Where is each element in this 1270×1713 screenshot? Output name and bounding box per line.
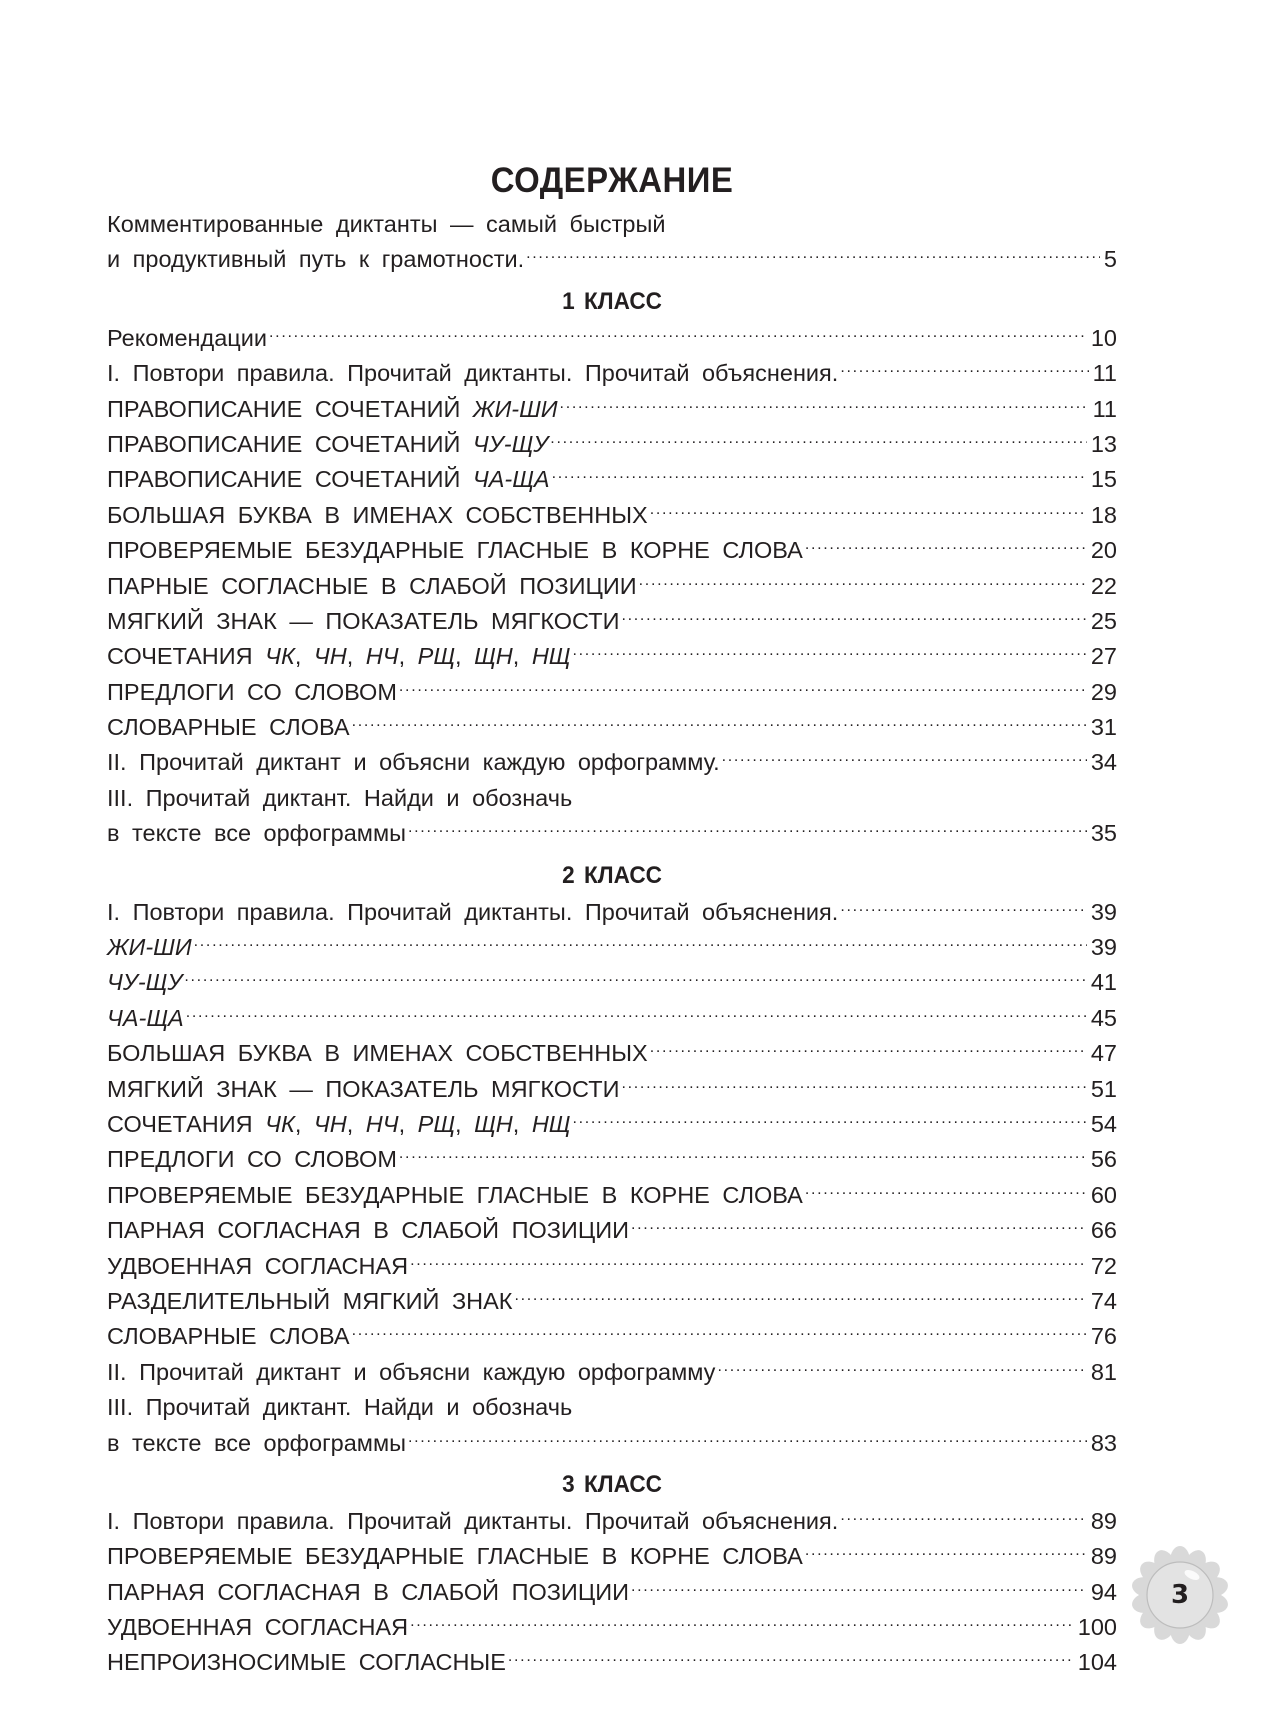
toc-entry-text: , (399, 643, 418, 669)
toc-entry-italic-text: НЩ (532, 643, 571, 669)
grade-heading: 1КЛАСС (137, 287, 1086, 317)
toc-entry-text: НЕПРОИЗНОСИМЫЕ СОГЛАСНЫЕ (107, 1649, 506, 1675)
dot-leader (572, 1103, 1086, 1132)
toc-entry-italic-text: ЧК (265, 643, 295, 669)
toc-page-number: 51 (1091, 1075, 1117, 1104)
toc-entry-label: СЛОВАРНЫЕ СЛОВА (107, 713, 350, 742)
toc-entry-text: УДВОЕННАЯ СОГЛАСНАЯ (107, 1253, 408, 1279)
toc-entry-text: , (513, 643, 532, 669)
toc-entry-text: , (513, 1111, 532, 1137)
toc-page-number: 104 (1078, 1648, 1117, 1677)
dot-leader (631, 1571, 1087, 1600)
toc-entry-label: ПАРНАЯ СОГЛАСНАЯ В СЛАБОЙ ПОЗИЦИИ (107, 1216, 629, 1245)
dot-leader (840, 352, 1088, 381)
toc-entry-italic-text: НЧ (366, 1111, 399, 1137)
toc-entry[interactable]: ПРЕДЛОГИ СО СЛОВОМ29 (107, 671, 1117, 706)
toc-page-number: 60 (1091, 1181, 1117, 1210)
toc-entry-text: в тексте все орфограммы (107, 820, 406, 846)
toc-entry[interactable]: II. Прочитай диктант и объясни каждую ор… (107, 1351, 1117, 1386)
toc-page-number: 29 (1091, 678, 1117, 707)
toc-entry-italic-text: НЧ (366, 643, 399, 669)
dot-leader (508, 1642, 1074, 1671)
toc-entry-text: II. Прочитай диктант и объясни каждую ор… (107, 749, 720, 775)
toc-entry-label: ПРАВОПИСАНИЕ СОЧЕТАНИЙ ЧА-ЩА (107, 465, 550, 494)
dot-leader (650, 494, 1087, 523)
toc-entry[interactable]: ПРАВОПИСАНИЕ СОЧЕТАНИЙ ЧА-ЩА15 (107, 459, 1117, 494)
toc-page-number: 47 (1091, 1039, 1117, 1068)
toc-entry-text: ПАРНЫЕ СОГЛАСНЫЕ В СЛАБОЙ ПОЗИЦИИ (107, 573, 637, 599)
page-number-badge: 3 (1130, 1545, 1230, 1645)
toc-entry-text: Рекомендации (107, 325, 267, 351)
toc-entry-text: ПРАВОПИСАНИЕ СОЧЕТАНИЙ (107, 396, 473, 422)
toc-entry-label: III. Прочитай диктант. Найди и обозначь (107, 1393, 572, 1422)
toc-entry-label: ПАРНЫЕ СОГЛАСНЫЕ В СЛАБОЙ ПОЗИЦИИ (107, 572, 637, 601)
toc-page-number: 76 (1091, 1322, 1117, 1351)
toc-page-number: 94 (1091, 1578, 1117, 1607)
toc-page-number: 39 (1091, 898, 1117, 927)
toc-entry-text: , (347, 1111, 366, 1137)
toc-entry-intro[interactable]: и продуктивный путь к грамотности. 5 (107, 239, 1117, 274)
toc-entry-italic-text: ЧА-ЩА (107, 1005, 184, 1031)
toc-entry-label: СОЧЕТАНИЯ ЧК, ЧН, НЧ, РЩ, ЩН, НЩ (107, 1110, 570, 1139)
toc-entry-italic-text: ЧК (265, 1111, 295, 1137)
toc-entry[interactable]: БОЛЬШАЯ БУКВА В ИМЕНАХ СОБСТВЕННЫХ18 (107, 494, 1117, 529)
toc-page-number: 89 (1091, 1542, 1117, 1571)
toc-page-number: 11 (1093, 359, 1117, 388)
toc-entry[interactable]: СОЧЕТАНИЯ ЧК, ЧН, НЧ, РЩ, ЩН, НЩ54 (107, 1103, 1117, 1138)
toc-entry-text: СЛОВАРНЫЕ СЛОВА (107, 1323, 350, 1349)
toc-entry[interactable]: III. Прочитай диктант. Найди и обозначь (107, 1386, 1117, 1421)
dot-leader (399, 1139, 1087, 1168)
toc-entry-text: , (295, 1111, 314, 1137)
toc-page-number: 31 (1091, 713, 1117, 742)
toc-entry-text: ПРЕДЛОГИ СО СЛОВОМ (107, 1146, 397, 1172)
grade-label: КЛАСС (584, 288, 662, 315)
toc-entry-text: МЯГКИЙ ЗНАК — ПОКАЗАТЕЛЬ МЯГКОСТИ (107, 1076, 619, 1102)
toc-page-number: 45 (1091, 1004, 1117, 1033)
toc-entry-label: в тексте все орфограммы (107, 819, 406, 848)
dot-leader (186, 997, 1087, 1026)
dot-leader (269, 317, 1087, 346)
toc-entry-italic-text: ЩН (474, 1111, 513, 1137)
toc-entry-label: МЯГКИЙ ЗНАК — ПОКАЗАТЕЛЬ МЯГКОСТИ (107, 607, 619, 636)
toc-entry[interactable]: III. Прочитай диктант. Найди и обозначь (107, 777, 1117, 812)
toc-page-number: 54 (1091, 1110, 1117, 1139)
dot-leader (410, 1245, 1087, 1274)
toc-entry-label: Комментированные диктанты — самый быстры… (107, 210, 666, 239)
toc-entry-italic-text: РЩ (418, 1111, 455, 1137)
toc-entry-label: НЕПРОИЗНОСИМЫЕ СОГЛАСНЫЕ (107, 1648, 506, 1677)
table-of-contents: СОДЕРЖАНИЕ Комментированные диктанты — с… (107, 160, 1117, 1677)
toc-page-number: 34 (1091, 748, 1117, 777)
toc-entry-label: ПРОВЕРЯЕМЫЕ БЕЗУДАРНЫЕ ГЛАСНЫЕ В КОРНЕ С… (107, 536, 803, 565)
toc-entry-text: БОЛЬШАЯ БУКВА В ИМЕНАХ СОБСТВЕННЫХ (107, 502, 648, 528)
toc-page-number: 74 (1091, 1287, 1117, 1316)
toc-page-number: 100 (1078, 1613, 1117, 1642)
toc-entry-italic-text: ЖИ-ШИ (473, 396, 558, 422)
grade-heading: 3КЛАСС (137, 1470, 1086, 1500)
toc-page-number: 22 (1091, 572, 1117, 601)
toc-entry-text: ПАРНАЯ СОГЛАСНАЯ В СЛАБОЙ ПОЗИЦИИ (107, 1217, 629, 1243)
toc-entry-italic-text: ЧУ-ЩУ (473, 431, 548, 457)
dot-leader (560, 388, 1089, 417)
toc-page-number: 11 (1093, 395, 1117, 424)
toc-entry[interactable]: ПАРНАЯ СОГЛАСНАЯ В СЛАБОЙ ПОЗИЦИИ94 (107, 1571, 1117, 1606)
toc-entry-label: ЧА-ЩА (107, 1004, 184, 1033)
toc-entry-text: , (455, 643, 474, 669)
toc-entry-text: ПРАВОПИСАНИЕ СОЧЕТАНИЙ (107, 431, 473, 457)
toc-page-number: 72 (1091, 1252, 1117, 1281)
dot-leader (805, 529, 1087, 558)
toc-page-number: 10 (1091, 324, 1117, 353)
toc-entry-text: ПРОВЕРЯЕМЫЕ БЕЗУДАРНЫЕ ГЛАСНЫЕ В КОРНЕ С… (107, 1182, 803, 1208)
dot-leader (352, 1316, 1087, 1345)
toc-entry-text: I. Повтори правила. Прочитай диктанты. П… (107, 899, 838, 925)
toc-entry[interactable]: в тексте все орфограммы83 (107, 1422, 1117, 1457)
toc-entry[interactable]: СОЧЕТАНИЯ ЧК, ЧН, НЧ, РЩ, ЩН, НЩ27 (107, 636, 1117, 671)
toc-entry-label: МЯГКИЙ ЗНАК — ПОКАЗАТЕЛЬ МЯГКОСТИ (107, 1075, 619, 1104)
dot-leader (631, 1209, 1087, 1238)
toc-entry-label: БОЛЬШАЯ БУКВА В ИМЕНАХ СОБСТВЕННЫХ (107, 501, 648, 530)
page-number: 3 (1130, 1545, 1230, 1645)
toc-page-number: 13 (1091, 430, 1117, 459)
dot-leader (621, 1068, 1086, 1097)
toc-entry-label: и продуктивный путь к грамотности. (107, 245, 524, 274)
dot-leader (572, 636, 1086, 665)
toc-page-number: 18 (1091, 501, 1117, 530)
toc-entry-text: ПАРНАЯ СОГЛАСНАЯ В СЛАБОЙ ПОЗИЦИИ (107, 1579, 629, 1605)
toc-entry-intro-line1[interactable]: Комментированные диктанты — самый быстры… (107, 210, 1117, 239)
toc-entry-text: , (455, 1111, 474, 1137)
dot-leader (352, 706, 1087, 735)
toc-entry-text: РАЗДЕЛИТЕЛЬНЫЙ МЯГКИЙ ЗНАК (107, 1288, 512, 1314)
toc-entry-text: I. Повтори правила. Прочитай диктанты. П… (107, 360, 838, 386)
toc-entry-text: ПРОВЕРЯЕМЫЕ БЕЗУДАРНЫЕ ГЛАСНЫЕ В КОРНЕ С… (107, 537, 803, 563)
grade-number: 3 (562, 1471, 575, 1498)
dot-leader (840, 891, 1087, 920)
toc-entry-label: I. Повтори правила. Прочитай диктанты. П… (107, 1507, 838, 1536)
toc-entry[interactable]: ЧА-ЩА45 (107, 997, 1117, 1032)
toc-entry-text: МЯГКИЙ ЗНАК — ПОКАЗАТЕЛЬ МЯГКОСТИ (107, 608, 619, 634)
toc-entry[interactable]: ПРЕДЛОГИ СО СЛОВОМ56 (107, 1139, 1117, 1174)
toc-entry-label: УДВОЕННАЯ СОГЛАСНАЯ (107, 1252, 408, 1281)
toc-entry-label: ЧУ-ЩУ (107, 968, 182, 997)
toc-entry[interactable]: СЛОВАРНЫЕ СЛОВА76 (107, 1316, 1117, 1351)
toc-entry-label: СЛОВАРНЫЕ СЛОВА (107, 1322, 350, 1351)
toc-entry[interactable]: СЛОВАРНЫЕ СЛОВА31 (107, 706, 1117, 741)
toc-entry-italic-text: НЩ (532, 1111, 571, 1137)
toc-entry-text: ПРАВОПИСАНИЕ СОЧЕТАНИЙ (107, 466, 473, 492)
toc-entry-label: в тексте все орфограммы (107, 1429, 406, 1458)
toc-entry[interactable]: II. Прочитай диктант и объясни каждую ор… (107, 742, 1117, 777)
toc-page-number: 39 (1091, 933, 1117, 962)
toc-entry[interactable]: в тексте все орфограммы35 (107, 813, 1117, 848)
grade-label: КЛАСС (584, 1471, 662, 1498)
toc-entry-text: II. Прочитай диктант и объясни каждую ор… (107, 1359, 715, 1385)
toc-entry[interactable]: I. Повтори правила. Прочитай диктанты. П… (107, 891, 1117, 926)
dot-leader (408, 813, 1087, 842)
toc-entry[interactable]: ПРАВОПИСАНИЕ СОЧЕТАНИЙ ЖИ-ШИ11 (107, 388, 1117, 423)
dot-leader (840, 1500, 1087, 1529)
toc-entry-label: СОЧЕТАНИЯ ЧК, ЧН, НЧ, РЩ, ЩН, НЩ (107, 642, 570, 671)
toc-entry-text: УДВОЕННАЯ СОГЛАСНАЯ (107, 1614, 408, 1640)
dot-leader (184, 962, 1086, 991)
toc-entry[interactable]: ПРОВЕРЯЕМЫЕ БЕЗУДАРНЫЕ ГЛАСНЫЕ В КОРНЕ С… (107, 1174, 1117, 1209)
toc-entry-italic-text: ЩН (474, 643, 513, 669)
toc-entry-text: III. Прочитай диктант. Найди и обозначь (107, 785, 572, 811)
toc-entry-label: I. Повтори правила. Прочитай диктанты. П… (107, 898, 838, 927)
toc-entry-text: I. Повтори правила. Прочитай диктанты. П… (107, 1508, 838, 1534)
toc-entry[interactable]: ПРОВЕРЯЕМЫЕ БЕЗУДАРНЫЕ ГЛАСНЫЕ В КОРНЕ С… (107, 529, 1117, 564)
toc-entry[interactable]: I. Повтори правила. Прочитай диктанты. П… (107, 1500, 1117, 1535)
page-title: СОДЕРЖАНИЕ (137, 160, 1086, 202)
toc-entry-text: ПРОВЕРЯЕМЫЕ БЕЗУДАРНЫЕ ГЛАСНЫЕ В КОРНЕ С… (107, 1543, 803, 1569)
toc-entry-text: СОЧЕТАНИЯ (107, 643, 265, 669)
toc-page-number: 35 (1091, 819, 1117, 848)
toc-entry[interactable]: ПАРНЫЕ СОГЛАСНЫЕ В СЛАБОЙ ПОЗИЦИИ22 (107, 565, 1117, 600)
toc-entry-italic-text: ЧН (314, 643, 347, 669)
toc-entry[interactable]: РАЗДЕЛИТЕЛЬНЫЙ МЯГКИЙ ЗНАК74 (107, 1280, 1117, 1315)
dot-leader (621, 600, 1086, 629)
grade-number: 1 (562, 288, 575, 315)
toc-entry-label: УДВОЕННАЯ СОГЛАСНАЯ (107, 1613, 408, 1642)
dot-leader (650, 1033, 1087, 1062)
toc-entry-label: ПРЕДЛОГИ СО СЛОВОМ (107, 1145, 397, 1174)
toc-page-number: 25 (1091, 607, 1117, 636)
toc-entry-text: , (295, 643, 314, 669)
toc-entry-text: , (399, 1111, 418, 1137)
toc-entry-italic-text: ЖИ-ШИ (107, 934, 192, 960)
grade-number: 2 (562, 862, 575, 889)
dot-leader (722, 742, 1087, 771)
toc-entry-text: в тексте все орфограммы (107, 1430, 406, 1456)
dot-leader (399, 671, 1087, 700)
toc-entry-text: , (347, 643, 366, 669)
grade-heading: 2КЛАСС (137, 861, 1086, 891)
dot-leader (526, 239, 1100, 268)
toc-entry-text: ПРЕДЛОГИ СО СЛОВОМ (107, 679, 397, 705)
dot-leader (639, 565, 1087, 594)
toc-entry-label: I. Повтори правила. Прочитай диктанты. П… (107, 359, 838, 388)
toc-page-number: 41 (1091, 968, 1117, 997)
toc-entry-label: II. Прочитай диктант и объясни каждую ор… (107, 1358, 715, 1387)
toc-entry[interactable]: УДВОЕННАЯ СОГЛАСНАЯ72 (107, 1245, 1117, 1280)
toc-page-number: 83 (1091, 1429, 1117, 1458)
toc-entry[interactable]: ЖИ-ШИ39 (107, 926, 1117, 961)
toc-entry-label: РАЗДЕЛИТЕЛЬНЫЙ МЯГКИЙ ЗНАК (107, 1287, 512, 1316)
toc-entry-italic-text: ЧУ-ЩУ (107, 969, 182, 995)
toc-entry-text: III. Прочитай диктант. Найди и обозначь (107, 1394, 572, 1420)
toc-page-number: 89 (1091, 1507, 1117, 1536)
grade-label: КЛАСС (584, 862, 662, 889)
toc-entry-text: СОЧЕТАНИЯ (107, 1111, 265, 1137)
toc-entry[interactable]: ПРОВЕРЯЕМЫЕ БЕЗУДАРНЫЕ ГЛАСНЫЕ В КОРНЕ С… (107, 1536, 1117, 1571)
toc-entry-text: БОЛЬШАЯ БУКВА В ИМЕНАХ СОБСТВЕННЫХ (107, 1040, 648, 1066)
toc-entry[interactable]: ПАРНАЯ СОГЛАСНАЯ В СЛАБОЙ ПОЗИЦИИ66 (107, 1209, 1117, 1244)
toc-page-number: 20 (1091, 536, 1117, 565)
toc-entry-label: ПРОВЕРЯЕМЫЕ БЕЗУДАРНЫЕ ГЛАСНЫЕ В КОРНЕ С… (107, 1542, 803, 1571)
toc-entry-italic-text: РЩ (418, 643, 455, 669)
toc-entry-label: ЖИ-ШИ (107, 933, 192, 962)
dot-leader (550, 423, 1087, 452)
toc-page-number: 15 (1091, 465, 1117, 494)
toc-entry-italic-text: ЧН (314, 1111, 347, 1137)
dot-leader (717, 1351, 1086, 1380)
toc-page-number: 66 (1091, 1216, 1117, 1245)
dot-leader (805, 1536, 1087, 1565)
toc-entry-label: Рекомендации (107, 324, 267, 353)
toc-entry[interactable]: МЯГКИЙ ЗНАК — ПОКАЗАТЕЛЬ МЯГКОСТИ25 (107, 600, 1117, 635)
toc-entry-label: ПРАВОПИСАНИЕ СОЧЕТАНИЙ ЖИ-ШИ (107, 395, 558, 424)
toc-entry-label: ПРАВОПИСАНИЕ СОЧЕТАНИЙ ЧУ-ЩУ (107, 430, 548, 459)
toc-entry[interactable]: ПРАВОПИСАНИЕ СОЧЕТАНИЙ ЧУ-ЩУ13 (107, 423, 1117, 458)
toc-entry[interactable]: МЯГКИЙ ЗНАК — ПОКАЗАТЕЛЬ МЯГКОСТИ51 (107, 1068, 1117, 1103)
toc-entry-label: ПРЕДЛОГИ СО СЛОВОМ (107, 678, 397, 707)
toc-entry-text: СЛОВАРНЫЕ СЛОВА (107, 714, 350, 740)
toc-entry-label: III. Прочитай диктант. Найди и обозначь (107, 784, 572, 813)
dot-leader (194, 926, 1087, 955)
toc-entry-label: II. Прочитай диктант и объясни каждую ор… (107, 748, 720, 777)
toc-entry-label: БОЛЬШАЯ БУКВА В ИМЕНАХ СОБСТВЕННЫХ (107, 1039, 648, 1068)
dot-leader (514, 1280, 1086, 1309)
toc-page-number: 27 (1091, 642, 1117, 671)
toc-entry[interactable]: Рекомендации10 (107, 317, 1117, 352)
dot-leader (552, 459, 1087, 488)
toc-entry[interactable]: ЧУ-ЩУ41 (107, 962, 1117, 997)
toc-sections: 1КЛАССРекомендации10I. Повтори правила. … (107, 287, 1117, 1677)
toc-entry-italic-text: ЧА-ЩА (473, 466, 550, 492)
toc-page-number: 81 (1091, 1358, 1117, 1387)
toc-entry-label: ПАРНАЯ СОГЛАСНАЯ В СЛАБОЙ ПОЗИЦИИ (107, 1578, 629, 1607)
dot-leader (408, 1422, 1087, 1451)
toc-entry[interactable]: НЕПРОИЗНОСИМЫЕ СОГЛАСНЫЕ104 (107, 1642, 1117, 1677)
toc-entry[interactable]: БОЛЬШАЯ БУКВА В ИМЕНАХ СОБСТВЕННЫХ47 (107, 1033, 1117, 1068)
toc-entry[interactable]: I. Повтори правила. Прочитай диктанты. П… (107, 352, 1117, 387)
toc-entry[interactable]: УДВОЕННАЯ СОГЛАСНАЯ100 (107, 1606, 1117, 1641)
toc-entry-label: ПРОВЕРЯЕМЫЕ БЕЗУДАРНЫЕ ГЛАСНЫЕ В КОРНЕ С… (107, 1181, 803, 1210)
toc-page-number: 5 (1104, 245, 1117, 274)
toc-page-number: 56 (1091, 1145, 1117, 1174)
dot-leader (410, 1606, 1074, 1635)
dot-leader (805, 1174, 1087, 1203)
